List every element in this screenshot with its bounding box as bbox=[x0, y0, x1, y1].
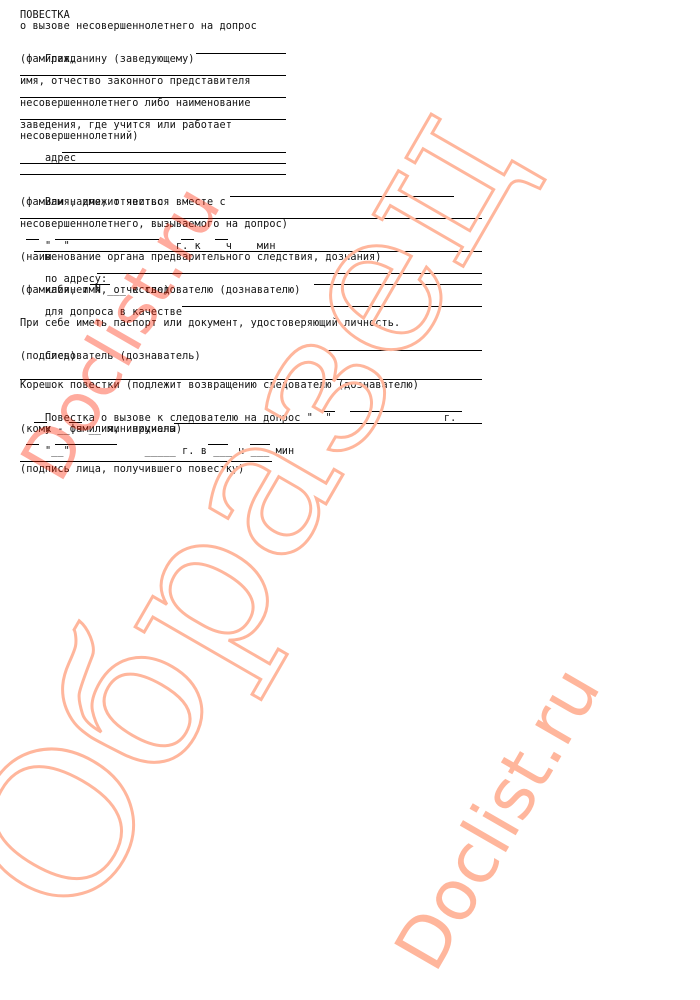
appear-hint2: несовершеннолетнего, вызываемого на допр… bbox=[20, 219, 490, 230]
hour-field[interactable] bbox=[181, 239, 194, 240]
capacity-row: для допроса в качестве bbox=[20, 296, 490, 307]
organ-row: в bbox=[20, 241, 490, 252]
stub-day-field[interactable] bbox=[322, 411, 335, 412]
appear-hint1: (фамилия, имя, отчество bbox=[20, 197, 490, 208]
addressee-row: Гражданину (заведующему) bbox=[20, 43, 490, 54]
day-field[interactable] bbox=[26, 239, 39, 240]
address-line-3[interactable] bbox=[20, 174, 286, 175]
stub-month-field[interactable] bbox=[350, 411, 462, 412]
signature-hint: (подпись) bbox=[20, 351, 490, 362]
document-title: ПОВЕСТКА bbox=[20, 10, 490, 21]
organ-hint: (наименование органа предварительного сл… bbox=[20, 252, 490, 263]
receiver-hint: (подпись лица, получившего повестку) bbox=[20, 464, 490, 475]
stub-title: Корешок повестки (подлежит возвращению с… bbox=[20, 380, 490, 391]
minute-field[interactable] bbox=[215, 239, 228, 240]
addressee-hint3: несовершеннолетнего либо наименование bbox=[20, 98, 490, 109]
addressee-hint2: имя, отчество законного представителя bbox=[20, 76, 490, 87]
address-row: адрес bbox=[20, 142, 490, 153]
appear-with-row: Вам надлежит явиться вместе с bbox=[20, 186, 490, 197]
month-field[interactable] bbox=[55, 239, 159, 240]
addressee-hint5: несовершеннолетний) bbox=[20, 131, 490, 142]
stub-date-month-field[interactable] bbox=[55, 444, 117, 445]
stub-line3: "__" _____ г. в ___ ч ___ мин bbox=[20, 435, 490, 446]
organ-address-row: по адресу: bbox=[20, 263, 490, 274]
passport-note: При себе иметь паспорт или документ, удо… bbox=[20, 318, 490, 329]
stub-date-day-field[interactable] bbox=[26, 444, 39, 445]
stub-line3-text: "__" _____ г. в ___ ч ___ мин bbox=[45, 446, 294, 457]
stub-line2: к __ ч __ мин вручена bbox=[20, 413, 490, 424]
receiver-signature-field[interactable] bbox=[20, 461, 272, 462]
stub-line1: Повестка о вызове к следователю на допро… bbox=[20, 402, 490, 413]
stub-date-hour-field[interactable] bbox=[208, 444, 228, 445]
stub-minute-field[interactable] bbox=[69, 422, 82, 423]
date-row: "__" г. к __ ч __ мин bbox=[20, 230, 490, 241]
stub-hour-field[interactable] bbox=[34, 422, 47, 423]
watermark-filled-bottom: Doclist.ru bbox=[379, 654, 617, 984]
addressee-hint1: (фамилия, bbox=[20, 54, 490, 65]
addressee-hint4: заведения, где учится или работает bbox=[20, 120, 490, 131]
capacity-field[interactable] bbox=[182, 306, 482, 307]
signature-row: Следователь (дознаватель) bbox=[20, 340, 490, 351]
stub-date-minute-field[interactable] bbox=[250, 444, 270, 445]
document-subtitle: о вызове несовершеннолетнего на допрос bbox=[20, 21, 490, 32]
cabinet-row: кабинет N ___ к следователю (дознавателю… bbox=[20, 274, 490, 285]
summons-document: ПОВЕСТКА о вызове несовершеннолетнего на… bbox=[20, 10, 490, 475]
capacity-label: для допроса в качестве bbox=[45, 307, 182, 318]
stub-line2-hint: (кому - фамилия, инициалы) bbox=[20, 424, 490, 435]
investigator-hint: (фамилия, имя, отчество) bbox=[20, 285, 490, 296]
